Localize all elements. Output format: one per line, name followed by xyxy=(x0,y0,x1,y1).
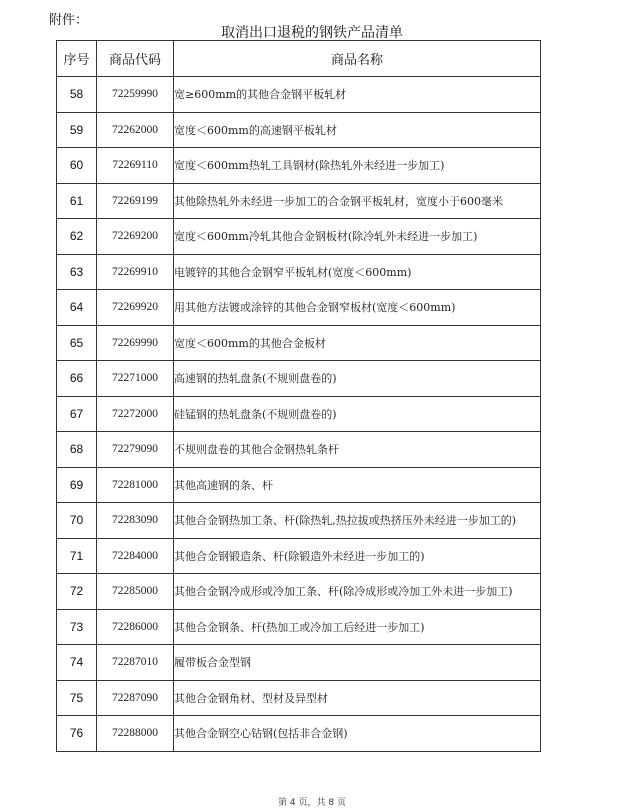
row-name: 其他除热轧外未经进一步加工的合金钢平板轧材，宽度小于600毫米 xyxy=(174,183,541,219)
row-name: 高速钢的热轧盘条(不规则盘卷的) xyxy=(174,361,541,397)
table-row: 6872279090不规则盘卷的其他合金钢热轧条杆 xyxy=(57,432,541,468)
page-number: 第 4 页，共 8 页 xyxy=(0,795,624,808)
column-header-code: 商品代码 xyxy=(97,41,174,77)
row-name: 不规则盘卷的其他合金钢热轧条杆 xyxy=(174,432,541,468)
row-name: 其他合金钢空心钻钢(包括非合金钢) xyxy=(174,716,541,752)
row-name: 宽度＜600mm热轧工具钢材(除热轧外未经进一步加工) xyxy=(174,148,541,184)
row-name: 宽≥600mm的其他合金钢平板轧材 xyxy=(174,77,541,113)
table-row: 6272269200宽度＜600mm冷轧其他合金钢板材(除冷轧外未经进一步加工) xyxy=(57,219,541,255)
row-name: 其他合金钢角材、型材及异型材 xyxy=(174,680,541,716)
column-header-seq: 序号 xyxy=(57,41,97,77)
row-seq: 65 xyxy=(57,325,97,361)
table-header-row: 序号 商品代码 商品名称 xyxy=(57,41,541,77)
row-code: 72269110 xyxy=(97,148,174,184)
column-header-name: 商品名称 xyxy=(174,41,541,77)
row-seq: 74 xyxy=(57,645,97,681)
product-list-table: 序号 商品代码 商品名称 5872259990宽≥600mm的其他合金钢平板轧材… xyxy=(56,40,541,752)
row-code: 72285000 xyxy=(97,574,174,610)
table-row: 6572269990宽度＜600mm的其他合金板材 xyxy=(57,325,541,361)
table-row: 5872259990宽≥600mm的其他合金钢平板轧材 xyxy=(57,77,541,113)
table-row: 6472269920用其他方法镀或涂锌的其他合金钢窄板材(宽度＜600mm) xyxy=(57,290,541,326)
row-code: 72272000 xyxy=(97,396,174,432)
row-seq: 63 xyxy=(57,254,97,290)
row-name: 其他合金钢热加工条、杆(除热轧,热拉拔或热挤压外未经进一步加工的) xyxy=(174,503,541,539)
table-row: 6372269910电镀锌的其他合金钢窄平板轧材(宽度＜600mm) xyxy=(57,254,541,290)
row-code: 72269920 xyxy=(97,290,174,326)
table-row: 6972281000其他高速钢的条、杆 xyxy=(57,467,541,503)
row-code: 72269990 xyxy=(97,325,174,361)
row-seq: 72 xyxy=(57,574,97,610)
row-seq: 75 xyxy=(57,680,97,716)
table-row: 6672271000高速钢的热轧盘条(不规则盘卷的) xyxy=(57,361,541,397)
row-name: 履带板合金型钢 xyxy=(174,645,541,681)
table-row: 7272285000其他合金钢冷成形或冷加工条、杆(除冷成形或冷加工外未进一步加… xyxy=(57,574,541,610)
row-name: 其他合金钢冷成形或冷加工条、杆(除冷成形或冷加工外未进一步加工) xyxy=(174,574,541,610)
row-seq: 64 xyxy=(57,290,97,326)
row-code: 72269910 xyxy=(97,254,174,290)
row-code: 72262000 xyxy=(97,112,174,148)
row-code: 72284000 xyxy=(97,538,174,574)
row-name: 宽度＜600mm冷轧其他合金钢板材(除冷轧外未经进一步加工) xyxy=(174,219,541,255)
table-row: 7172284000其他合金钢锻造条、杆(除锻造外未经进一步加工的) xyxy=(57,538,541,574)
row-code: 72271000 xyxy=(97,361,174,397)
row-seq: 69 xyxy=(57,467,97,503)
row-name: 其他合金钢锻造条、杆(除锻造外未经进一步加工的) xyxy=(174,538,541,574)
row-code: 72279090 xyxy=(97,432,174,468)
row-name: 宽度＜600mm的其他合金板材 xyxy=(174,325,541,361)
row-name: 硅锰钢的热轧盘条(不规则盘卷的) xyxy=(174,396,541,432)
row-code: 72287090 xyxy=(97,680,174,716)
table-row: 5972262000宽度＜600mm的高速钢平板轧材 xyxy=(57,112,541,148)
row-code: 72287010 xyxy=(97,645,174,681)
row-seq: 60 xyxy=(57,148,97,184)
row-name: 其他高速钢的条、杆 xyxy=(174,467,541,503)
table-row: 7572287090其他合金钢角材、型材及异型材 xyxy=(57,680,541,716)
row-code: 72286000 xyxy=(97,609,174,645)
table-row: 7072283090其他合金钢热加工条、杆(除热轧,热拉拔或热挤压外未经进一步加… xyxy=(57,503,541,539)
row-name: 其他合金钢条、杆(热加工或冷加工后经进一步加工) xyxy=(174,609,541,645)
table-row: 7372286000其他合金钢条、杆(热加工或冷加工后经进一步加工) xyxy=(57,609,541,645)
row-seq: 71 xyxy=(57,538,97,574)
row-seq: 70 xyxy=(57,503,97,539)
row-seq: 68 xyxy=(57,432,97,468)
row-code: 72283090 xyxy=(97,503,174,539)
row-code: 72269199 xyxy=(97,183,174,219)
row-name: 用其他方法镀或涂锌的其他合金钢窄板材(宽度＜600mm) xyxy=(174,290,541,326)
row-seq: 73 xyxy=(57,609,97,645)
table-row: 7672288000其他合金钢空心钻钢(包括非合金钢) xyxy=(57,716,541,752)
row-seq: 58 xyxy=(57,77,97,113)
table-row: 6072269110宽度＜600mm热轧工具钢材(除热轧外未经进一步加工) xyxy=(57,148,541,184)
row-seq: 59 xyxy=(57,112,97,148)
table-row: 6772272000硅锰钢的热轧盘条(不规则盘卷的) xyxy=(57,396,541,432)
row-code: 72259990 xyxy=(97,77,174,113)
row-seq: 67 xyxy=(57,396,97,432)
row-code: 72288000 xyxy=(97,716,174,752)
row-name: 宽度＜600mm的高速钢平板轧材 xyxy=(174,112,541,148)
table-row: 7472287010履带板合金型钢 xyxy=(57,645,541,681)
document-title: 取消出口退税的钢铁产品清单 xyxy=(0,25,624,41)
row-seq: 62 xyxy=(57,219,97,255)
table-row: 6172269199其他除热轧外未经进一步加工的合金钢平板轧材，宽度小于600毫… xyxy=(57,183,541,219)
row-name: 电镀锌的其他合金钢窄平板轧材(宽度＜600mm) xyxy=(174,254,541,290)
row-seq: 61 xyxy=(57,183,97,219)
row-seq: 76 xyxy=(57,716,97,752)
row-code: 72281000 xyxy=(97,467,174,503)
row-seq: 66 xyxy=(57,361,97,397)
row-code: 72269200 xyxy=(97,219,174,255)
